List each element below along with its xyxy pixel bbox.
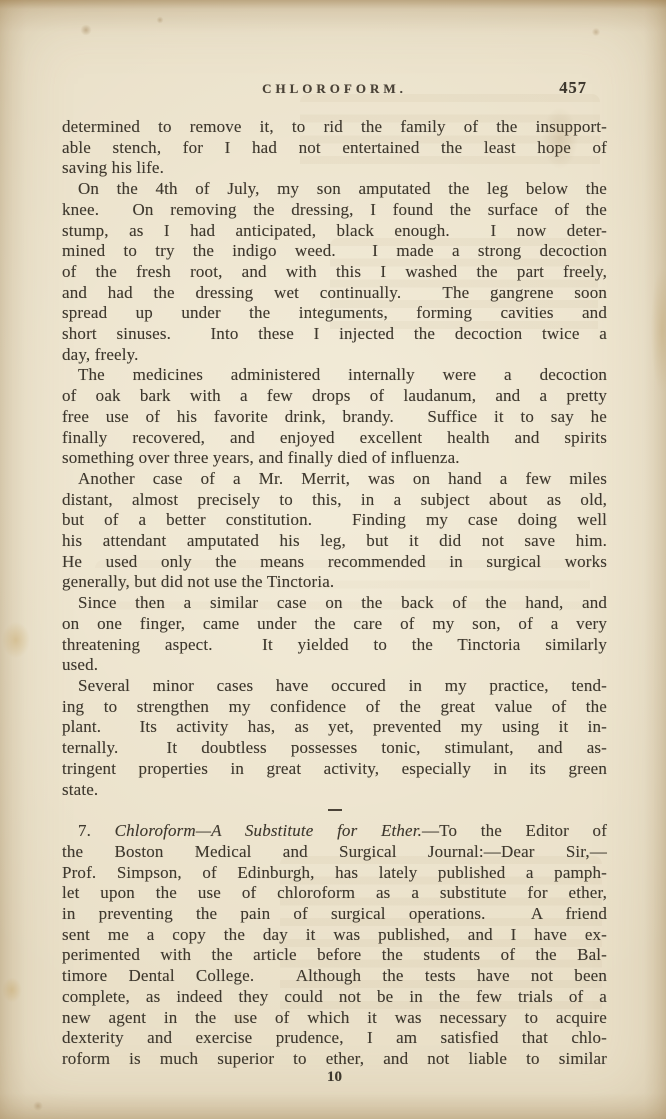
running-header: CHLOROFORM. <box>62 81 607 97</box>
page-body: determined to remove it, to rid the fami… <box>62 117 607 1070</box>
paragraph: 7. Chloroform—A Substitute for Ether.—To… <box>62 821 607 1069</box>
page-header: CHLOROFORM. 457 <box>62 80 607 102</box>
text-line: stump, as I had anticipated, black enoug… <box>62 221 607 242</box>
text-line: complete, as indeed they could not be in… <box>62 987 607 1008</box>
text-line: and had the dressing wet continually. Th… <box>62 283 607 304</box>
section-separator <box>62 800 607 821</box>
paragraph: determined to remove it, to rid the fami… <box>62 117 607 179</box>
text-line: in preventing the pain of surgical opera… <box>62 904 607 925</box>
text-line: but of a better constitution. Finding my… <box>62 510 607 531</box>
page-number: 457 <box>559 78 587 98</box>
text-line: of oak bark with a few drops of laudanum… <box>62 386 607 407</box>
text-line: timore Dental College. Although the test… <box>62 966 607 987</box>
italic-text: Chloroform—A Substitute for Ether. <box>115 821 422 840</box>
text-line: He used only the means recommended in su… <box>62 552 607 573</box>
text-line: Several minor cases have occured in my p… <box>62 676 607 697</box>
text-line: of the fresh root, and with this I washe… <box>62 262 607 283</box>
text-line: Another case of a Mr. Merrit, was on han… <box>62 469 607 490</box>
text-line: determined to remove it, to rid the fami… <box>62 117 607 138</box>
text-line: knee. On removing the dressing, I found … <box>62 200 607 221</box>
text-line: spread up under the integuments, forming… <box>62 303 607 324</box>
text-line: finally recovered, and enjoyed excellent… <box>62 428 607 449</box>
text-line: sent me a copy the day it was published,… <box>62 925 607 946</box>
text-line: distant, almost precisely to this, in a … <box>62 490 607 511</box>
page-footer: 10 <box>62 1069 607 1086</box>
text-line: state. <box>62 780 607 801</box>
text-line: roform is much superior to ether, and no… <box>62 1049 607 1070</box>
text-line: used. <box>62 655 607 676</box>
paragraph: The medicines administered internally we… <box>62 365 607 469</box>
text-line: new agent in the use of which it was nec… <box>62 1008 607 1029</box>
text-line: on one finger, came under the care of my… <box>62 614 607 635</box>
paragraph: Another case of a Mr. Merrit, was on han… <box>62 469 607 593</box>
text-line: his attendant amputated his leg, but it … <box>62 531 607 552</box>
paragraph: Several minor cases have occured in my p… <box>62 676 607 800</box>
text-line: Prof. Simpson, of Edinburgh, has lately … <box>62 863 607 884</box>
scanned-page: CHLOROFORM. 457 determined to remove it,… <box>0 0 666 1119</box>
text-line: day, freely. <box>62 345 607 366</box>
text-line: tringent properties in great activity, e… <box>62 759 607 780</box>
paragraph: On the 4th of July, my son amputated the… <box>62 179 607 365</box>
text-line: mined to try the indigo weed. I made a s… <box>62 241 607 262</box>
text-line: perimented with the article before the s… <box>62 945 607 966</box>
separator-rule <box>328 809 342 811</box>
text-line: the Boston Medical and Surgical Journal:… <box>62 842 607 863</box>
paragraph: Since then a similar case on the back of… <box>62 593 607 676</box>
text-line: dexterity and exercise prudence, I am sa… <box>62 1028 607 1049</box>
text-line: plant. Its activity has, as yet, prevent… <box>62 717 607 738</box>
text-line: something over three years, and finally … <box>62 448 607 469</box>
text-line: The medicines administered internally we… <box>62 365 607 386</box>
text-line: On the 4th of July, my son amputated the… <box>62 179 607 200</box>
regular-text: —To the Editor of <box>422 821 607 840</box>
text-line: 7. Chloroform—A Substitute for Ether.—To… <box>62 821 607 842</box>
text-line: ternally. It doubtless possesses tonic, … <box>62 738 607 759</box>
text-line: short sinuses. Into these I injected the… <box>62 324 607 345</box>
text-line: Since then a similar case on the back of… <box>62 593 607 614</box>
text-line: free use of his favorite drink, brandy. … <box>62 407 607 428</box>
text-line: saving his life. <box>62 158 607 179</box>
regular-text: 7. <box>78 821 115 840</box>
text-line: threatening aspect. It yielded to the Ti… <box>62 635 607 656</box>
text-line: able stench, for I had not entertained t… <box>62 138 607 159</box>
text-line: ing to strengthen my confidence of the g… <box>62 697 607 718</box>
signature-mark: 10 <box>327 1069 342 1085</box>
text-line: let upon the use of chloroform as a subs… <box>62 883 607 904</box>
text-line: generally, but did not use the Tinctoria… <box>62 572 607 593</box>
